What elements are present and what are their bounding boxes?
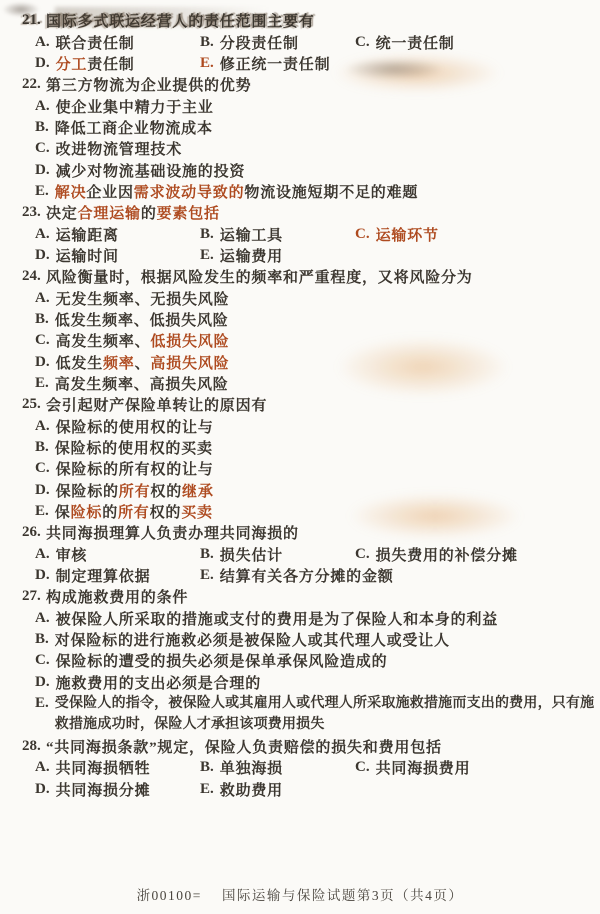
text-segment: 会引起财产保险单转让的原因有: [46, 398, 267, 414]
question-number: 23.: [22, 204, 46, 221]
option-24-B: B.低发生频率、低损失风险: [0, 309, 600, 330]
option-24-C: C.高发生频率、低损失风险: [0, 330, 600, 351]
page-footer: 浙00100= 国际运输与保险试题第3页（共4页）: [0, 884, 600, 904]
option-label: B.: [35, 439, 49, 456]
text-segment: 损失估计: [220, 548, 283, 564]
option-text: 救助费用: [220, 779, 283, 800]
option-text: 保险标的所有权的买卖: [55, 501, 213, 522]
text-segment: 的: [102, 505, 118, 521]
option-text: 分工责任制: [56, 53, 135, 74]
text-segment: 联合责任制: [56, 36, 135, 52]
text-segment: 保险标的: [56, 484, 119, 500]
question-text: “共同海损条款”规定，保险人负责赔偿的损失和费用包括: [46, 736, 442, 757]
option-21-C: C.统一责任制: [355, 32, 600, 53]
option-label: E.: [200, 55, 214, 72]
option-text: 低发生频率、高损失风险: [56, 352, 230, 373]
option-22-E: E.解决企业因需求波动导致的物流设施短期不足的难题: [0, 181, 600, 202]
option-text: 解决企业因需求波动导致的物流设施短期不足的难题: [55, 181, 418, 202]
question-number: 28.: [22, 738, 46, 755]
option-27-C: C.保险标的遭受的损失必须是保单承保风险造成的: [0, 650, 600, 671]
option-label: C.: [35, 652, 50, 669]
option-text: 低发生频率、低损失风险: [55, 309, 229, 330]
option-label: A.: [35, 226, 50, 243]
red-text-segment: 继承: [182, 484, 214, 500]
option-label: A.: [35, 759, 50, 776]
option-text: 分段责任制: [220, 32, 299, 53]
red-text-segment: 合理运输: [78, 206, 141, 222]
option-text: 改进物流管理技术: [56, 138, 182, 159]
text-segment: 国际多式联运经营人的责任范围主要有: [46, 14, 315, 30]
question-list: 21.国际多式联运经营人的责任范围主要有A.联合责任制B.分段责任制C.统一责任…: [0, 10, 600, 800]
option-text: 联合责任制: [56, 32, 135, 53]
text-segment: 运输工具: [220, 228, 283, 244]
text-segment: 企业因: [86, 185, 133, 201]
option-label: E.: [200, 247, 214, 264]
option-text: 施救费用的支出必须是合理的: [56, 672, 261, 693]
option-23-A: A.运输距离: [35, 224, 200, 245]
option-text: 损失估计: [220, 544, 283, 565]
question-text: 国际多式联运经营人的责任范围主要有: [46, 10, 315, 31]
option-24-A: A.无发生频率、无损失风险: [0, 287, 600, 308]
text-segment: 施救费用的支出必须是合理的: [56, 676, 261, 692]
text-segment: 审核: [56, 548, 88, 564]
option-22-C: C.改进物流管理技术: [0, 138, 600, 159]
text-segment: 保险标的使用权的让与: [56, 420, 214, 436]
option-text: 高发生频率、高损失风险: [55, 373, 229, 394]
option-label: C.: [35, 332, 50, 349]
option-26-E: E.结算有关各方分摊的金额: [200, 565, 355, 586]
text-segment: 共同海损牺牲: [56, 761, 151, 777]
text-segment: 保险标的遭受的损失必须是保单承保风险造成的: [56, 654, 388, 670]
question-24: 24.风险衡量时，根据风险发生的频率和严重程度，又将风险分为A.无发生频率、无损…: [0, 266, 600, 394]
text-segment: 无发生频率、无损失风险: [56, 292, 230, 308]
option-label: D.: [35, 674, 50, 691]
option-text: 减少对物流基础设施的投资: [56, 160, 246, 181]
option-text: 保险标的使用权的买卖: [55, 437, 213, 458]
text-segment: 权的: [150, 505, 182, 521]
option-22-D: D.减少对物流基础设施的投资: [0, 159, 600, 180]
option-label: E.: [35, 183, 49, 200]
question-22: 22.第三方物流为企业提供的优势A.使企业集中精力于主业B.降低工商企业物流成本…: [0, 74, 600, 202]
question-number: 24.: [22, 268, 46, 285]
red-text-segment: 要素包括: [157, 206, 220, 222]
red-text-segment: 买卖: [181, 505, 213, 521]
option-21-E: E.修正统一责任制: [200, 53, 355, 74]
option-27-A: A.被保险人所采取的措施或支付的费用是为了保险人和本身的利益: [0, 608, 600, 629]
option-23-E: E.运输费用: [200, 245, 355, 266]
option-28-E: E.救助费用: [200, 779, 355, 800]
question-number: 22.: [22, 76, 46, 93]
option-text: 保险标的所有权的让与: [56, 458, 214, 479]
text-segment: 、: [135, 356, 151, 372]
text-segment: 责任制: [87, 57, 134, 73]
question-stem: 28.“共同海损条款”规定，保险人负责赔偿的损失和费用包括: [0, 736, 600, 757]
option-label: B.: [200, 226, 214, 243]
red-text-segment: 高损失风险: [150, 356, 229, 372]
option-text: 保险标的使用权的让与: [56, 416, 214, 437]
text-segment: 制定理算依据: [56, 569, 151, 585]
option-label: A.: [35, 610, 50, 627]
question-stem: 27.构成施救费用的条件: [0, 586, 600, 607]
text-segment: 受保险人的指令，被保险人或其雇用人或代理人所采取施救措施而支出的费用，只有施救措…: [55, 696, 595, 732]
option-25-D: D.保险标的所有权的继承: [0, 480, 600, 501]
red-text-segment: 所有: [119, 484, 151, 500]
red-text-segment: 需求波动导致的: [134, 185, 245, 201]
red-text-segment: 频率: [103, 356, 135, 372]
option-23-D: D.运输时间: [35, 245, 200, 266]
text-segment: 权的: [150, 484, 182, 500]
option-label: B.: [35, 119, 49, 136]
option-text: 受保险人的指令，被保险人或其雇用人或代理人所采取施救措施而支出的费用，只有施救措…: [55, 693, 600, 736]
option-23-C: C.运输环节: [355, 224, 600, 245]
text-segment: 高发生频率、: [56, 334, 151, 350]
exam-code: 浙00100=: [137, 884, 202, 904]
text-segment: 被保险人所采取的措施或支付的费用是为了保险人和本身的利益: [56, 612, 498, 628]
option-text: 运输工具: [220, 224, 283, 245]
option-row: D.分工责任制E.修正统一责任制: [0, 53, 600, 74]
text-segment: 共同海损分摊: [56, 783, 151, 799]
option-25-A: A.保险标的使用权的让与: [0, 416, 600, 437]
option-text: 结算有关各方分摊的金额: [220, 565, 394, 586]
text-segment: 分段责任制: [220, 36, 299, 52]
text-segment: 决定: [46, 206, 78, 222]
red-text-segment: 解决: [55, 185, 87, 201]
text-segment: 保险标的所有权的让与: [56, 462, 214, 478]
option-label: D.: [35, 55, 50, 72]
question-number: 27.: [22, 588, 46, 605]
option-text: 无发生频率、无损失风险: [56, 288, 230, 309]
option-27-B: B.对保险标的进行施救必须是被保险人或其代理人或受让人: [0, 629, 600, 650]
option-27-E: E.受保险人的指令，被保险人或其雇用人或代理人所采取施救措施而支出的费用，只有施…: [0, 693, 600, 736]
option-28-C: C.共同海损费用: [355, 757, 600, 778]
option-row: A.联合责任制B.分段责任制C.统一责任制: [0, 31, 600, 52]
option-label: D.: [35, 354, 50, 371]
question-27: 27.构成施救费用的条件A.被保险人所采取的措施或支付的费用是为了保险人和本身的…: [0, 586, 600, 735]
question-text: 决定合理运输的要素包括: [46, 202, 220, 223]
option-26-D: D.制定理算依据: [35, 565, 200, 586]
option-label: C.: [355, 226, 370, 243]
text-segment: 修正统一责任制: [220, 57, 331, 73]
option-label: B.: [35, 631, 49, 648]
text-segment: 低发生: [56, 356, 103, 372]
question-stem: 25.会引起财产保险单转让的原因有: [0, 394, 600, 415]
option-label: B.: [200, 759, 214, 776]
question-stem: 24.风险衡量时，根据风险发生的频率和严重程度，又将风险分为: [0, 266, 600, 287]
option-text: 单独海损: [220, 757, 283, 778]
option-label: D.: [35, 781, 50, 798]
option-label: D.: [35, 247, 50, 264]
text-segment: 降低工商企业物流成本: [55, 121, 213, 137]
option-label: A.: [35, 34, 50, 51]
option-text: 审核: [56, 544, 88, 565]
text-segment: 的: [141, 206, 157, 222]
option-26-A: A.审核: [35, 544, 200, 565]
option-21-A: A.联合责任制: [35, 32, 200, 53]
option-text: 运输费用: [220, 245, 283, 266]
question-stem: 21.国际多式联运经营人的责任范围主要有: [0, 10, 600, 31]
option-label: B.: [200, 34, 214, 51]
text-segment: 损失费用的补偿分摊: [376, 548, 518, 564]
option-text: 使企业集中精力于主业: [56, 96, 214, 117]
question-text: 共同海损理算人负责办理共同海损的: [46, 522, 299, 543]
option-text: 运输距离: [56, 224, 119, 245]
option-21-D: D.分工责任制: [35, 53, 200, 74]
option-label: A.: [35, 290, 50, 307]
question-26: 26.共同海损理算人负责办理共同海损的A.审核B.损失估计C.损失费用的补偿分摊…: [0, 522, 600, 586]
red-text-segment: 运输环节: [376, 228, 439, 244]
option-22-B: B.降低工商企业物流成本: [0, 117, 600, 138]
red-text-segment: 所有: [118, 505, 150, 521]
option-text: 共同海损分摊: [56, 779, 151, 800]
question-number: 21.: [22, 12, 46, 29]
option-row: A.运输距离B.运输工具C.运输环节: [0, 223, 600, 244]
option-row: D.运输时间E.运输费用: [0, 245, 600, 266]
text-segment: 物流设施短期不足的难题: [244, 185, 418, 201]
option-label: E.: [35, 503, 49, 520]
question-28: 28.“共同海损条款”规定，保险人负责赔偿的损失和费用包括A.共同海损牺牲B.单…: [0, 736, 600, 800]
option-label: D.: [35, 162, 50, 179]
option-row: D.制定理算依据E.结算有关各方分摊的金额: [0, 565, 600, 586]
option-row: A.审核B.损失估计C.损失费用的补偿分摊: [0, 544, 600, 565]
option-26-C: C.损失费用的补偿分摊: [355, 544, 600, 565]
option-25-C: C.保险标的所有权的让与: [0, 458, 600, 479]
red-text-segment: 险标: [71, 505, 103, 521]
option-label: B.: [35, 311, 49, 328]
text-segment: 统一责任制: [376, 36, 455, 52]
question-23: 23.决定合理运输的要素包括A.运输距离B.运输工具C.运输环节D.运输时间E.…: [0, 202, 600, 266]
option-25-B: B.保险标的使用权的买卖: [0, 437, 600, 458]
option-label: E.: [200, 567, 214, 584]
question-stem: 23.决定合理运输的要素包括: [0, 202, 600, 223]
option-text: 制定理算依据: [56, 565, 151, 586]
text-segment: 对保险标的进行施救必须是被保险人或其代理人或受让人: [55, 633, 450, 649]
option-label: C.: [35, 460, 50, 477]
question-stem: 22.第三方物流为企业提供的优势: [0, 74, 600, 95]
text-segment: 保: [55, 505, 71, 521]
option-label: C.: [355, 759, 370, 776]
question-21: 21.国际多式联运经营人的责任范围主要有A.联合责任制B.分段责任制C.统一责任…: [0, 10, 600, 74]
option-21-B: B.分段责任制: [200, 32, 355, 53]
text-segment: 保险标的使用权的买卖: [55, 441, 213, 457]
option-text: 被保险人所采取的措施或支付的费用是为了保险人和本身的利益: [56, 608, 498, 629]
option-label: D.: [35, 567, 50, 584]
question-text: 构成施救费用的条件: [46, 586, 188, 607]
question-number: 25.: [22, 396, 46, 413]
option-label: A.: [35, 546, 50, 563]
option-text: 运输时间: [56, 245, 119, 266]
option-label: E.: [35, 693, 49, 714]
option-27-D: D.施救费用的支出必须是合理的: [0, 672, 600, 693]
question-text: 会引起财产保险单转让的原因有: [46, 394, 267, 415]
option-label: C.: [355, 546, 370, 563]
option-label: A.: [35, 98, 50, 115]
option-text: 保险标的遭受的损失必须是保单承保风险造成的: [56, 650, 388, 671]
text-segment: 低发生频率、低损失风险: [55, 313, 229, 329]
text-segment: 运输费用: [220, 249, 283, 265]
option-28-D: D.共同海损分摊: [35, 779, 200, 800]
option-text: 对保险标的进行施救必须是被保险人或其代理人或受让人: [55, 629, 450, 650]
option-24-E: E.高发生频率、高损失风险: [0, 373, 600, 394]
option-row: D.共同海损分摊E.救助费用: [0, 778, 600, 799]
text-segment: 构成施救费用的条件: [46, 590, 188, 606]
text-segment: 第三方物流为企业提供的优势: [46, 78, 251, 94]
option-22-A: A.使企业集中精力于主业: [0, 95, 600, 116]
text-segment: 风险衡量时，根据风险发生的频率和严重程度，又将风险分为: [46, 270, 473, 286]
question-text: 风险衡量时，根据风险发生的频率和严重程度，又将风险分为: [46, 266, 473, 287]
option-label: C.: [35, 140, 50, 157]
option-text: 损失费用的补偿分摊: [376, 544, 518, 565]
option-text: 共同海损牺牲: [56, 757, 151, 778]
option-text: 统一责任制: [376, 32, 455, 53]
text-segment: 运输时间: [56, 249, 119, 265]
question-text: 第三方物流为企业提供的优势: [46, 74, 251, 95]
text-segment: 共同海损理算人负责办理共同海损的: [46, 526, 299, 542]
option-23-B: B.运输工具: [200, 224, 355, 245]
option-label: E.: [200, 781, 214, 798]
question-stem: 26.共同海损理算人负责办理共同海损的: [0, 522, 600, 543]
question-25: 25.会引起财产保险单转让的原因有A.保险标的使用权的让与B.保险标的使用权的买…: [0, 394, 600, 522]
option-text: 高发生频率、低损失风险: [56, 330, 230, 351]
option-text: 共同海损费用: [376, 757, 471, 778]
text-segment: 改进物流管理技术: [56, 142, 182, 158]
text-segment: 单独海损: [220, 761, 283, 777]
text-segment: 使企业集中精力于主业: [56, 100, 214, 116]
text-segment: 减少对物流基础设施的投资: [56, 164, 246, 180]
option-label: D.: [35, 482, 50, 499]
option-label: B.: [200, 546, 214, 563]
question-number: 26.: [22, 524, 46, 541]
option-row: A.共同海损牺牲B.单独海损C.共同海损费用: [0, 757, 600, 778]
option-28-B: B.单独海损: [200, 757, 355, 778]
option-label: A.: [35, 418, 50, 435]
text-segment: “共同海损条款”规定，保险人负责赔偿的损失和费用包括: [46, 740, 442, 756]
option-label: C.: [355, 34, 370, 51]
option-text: 修正统一责任制: [220, 53, 331, 74]
text-segment: 救助费用: [220, 783, 283, 799]
red-text-segment: 低损失风险: [150, 334, 229, 350]
footer-title: 国际运输与保险试题第3页（共4页）: [222, 884, 464, 904]
text-segment: 共同海损费用: [376, 761, 471, 777]
option-24-D: D.低发生频率、高损失风险: [0, 352, 600, 373]
option-label: E.: [35, 375, 49, 392]
exam-scan-page: 21.国际多式联运经营人的责任范围主要有A.联合责任制B.分段责任制C.统一责任…: [0, 0, 600, 914]
red-text-segment: 分工: [56, 57, 88, 73]
text-segment: 高发生频率、高损失风险: [55, 377, 229, 393]
option-text: 降低工商企业物流成本: [55, 117, 213, 138]
text-segment: 结算有关各方分摊的金额: [220, 569, 394, 585]
option-25-E: E.保险标的所有权的买卖: [0, 501, 600, 522]
option-28-A: A.共同海损牺牲: [35, 757, 200, 778]
text-segment: 运输距离: [56, 228, 119, 244]
option-26-B: B.损失估计: [200, 544, 355, 565]
option-text: 保险标的所有权的继承: [56, 480, 214, 501]
option-text: 运输环节: [376, 224, 439, 245]
